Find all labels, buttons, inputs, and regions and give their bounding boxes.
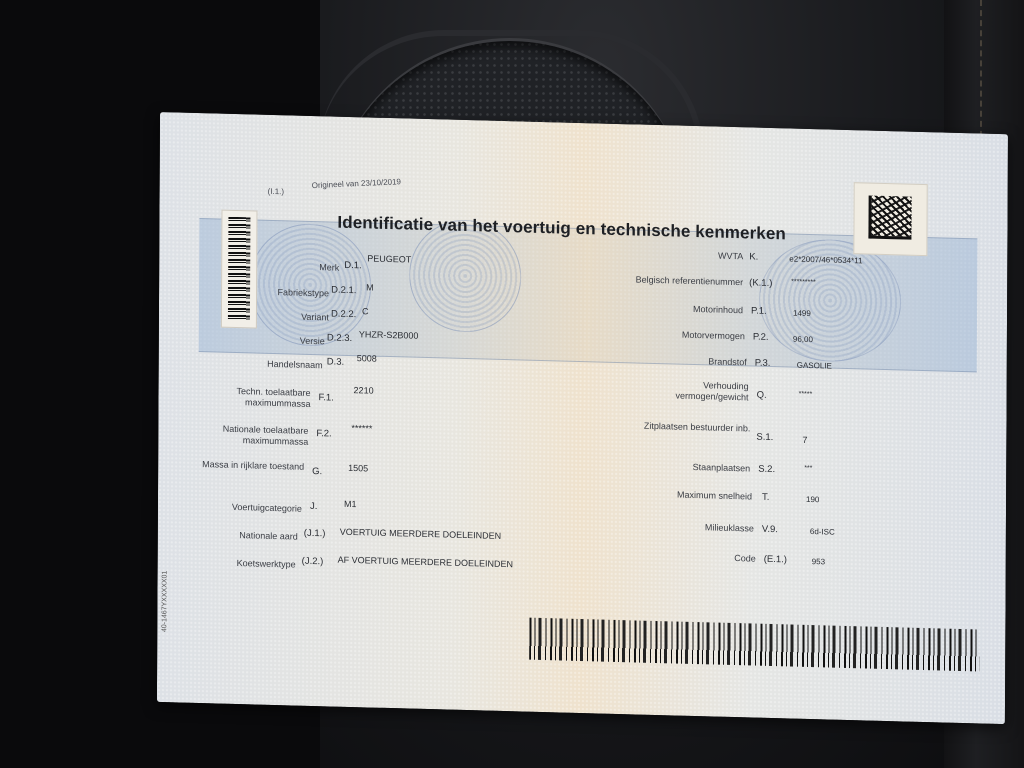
horizontal-barcode <box>529 618 979 672</box>
serial-number: 40-1467YXXXXX01 <box>161 571 168 633</box>
registration-document: (I.1.) Origineel van 23/10/2019 Identifi… <box>157 112 1008 724</box>
datamatrix-code <box>853 182 927 256</box>
original-date: Origineel van 23/10/2019 <box>311 177 401 190</box>
document-ref: (I.1.) <box>268 187 285 196</box>
